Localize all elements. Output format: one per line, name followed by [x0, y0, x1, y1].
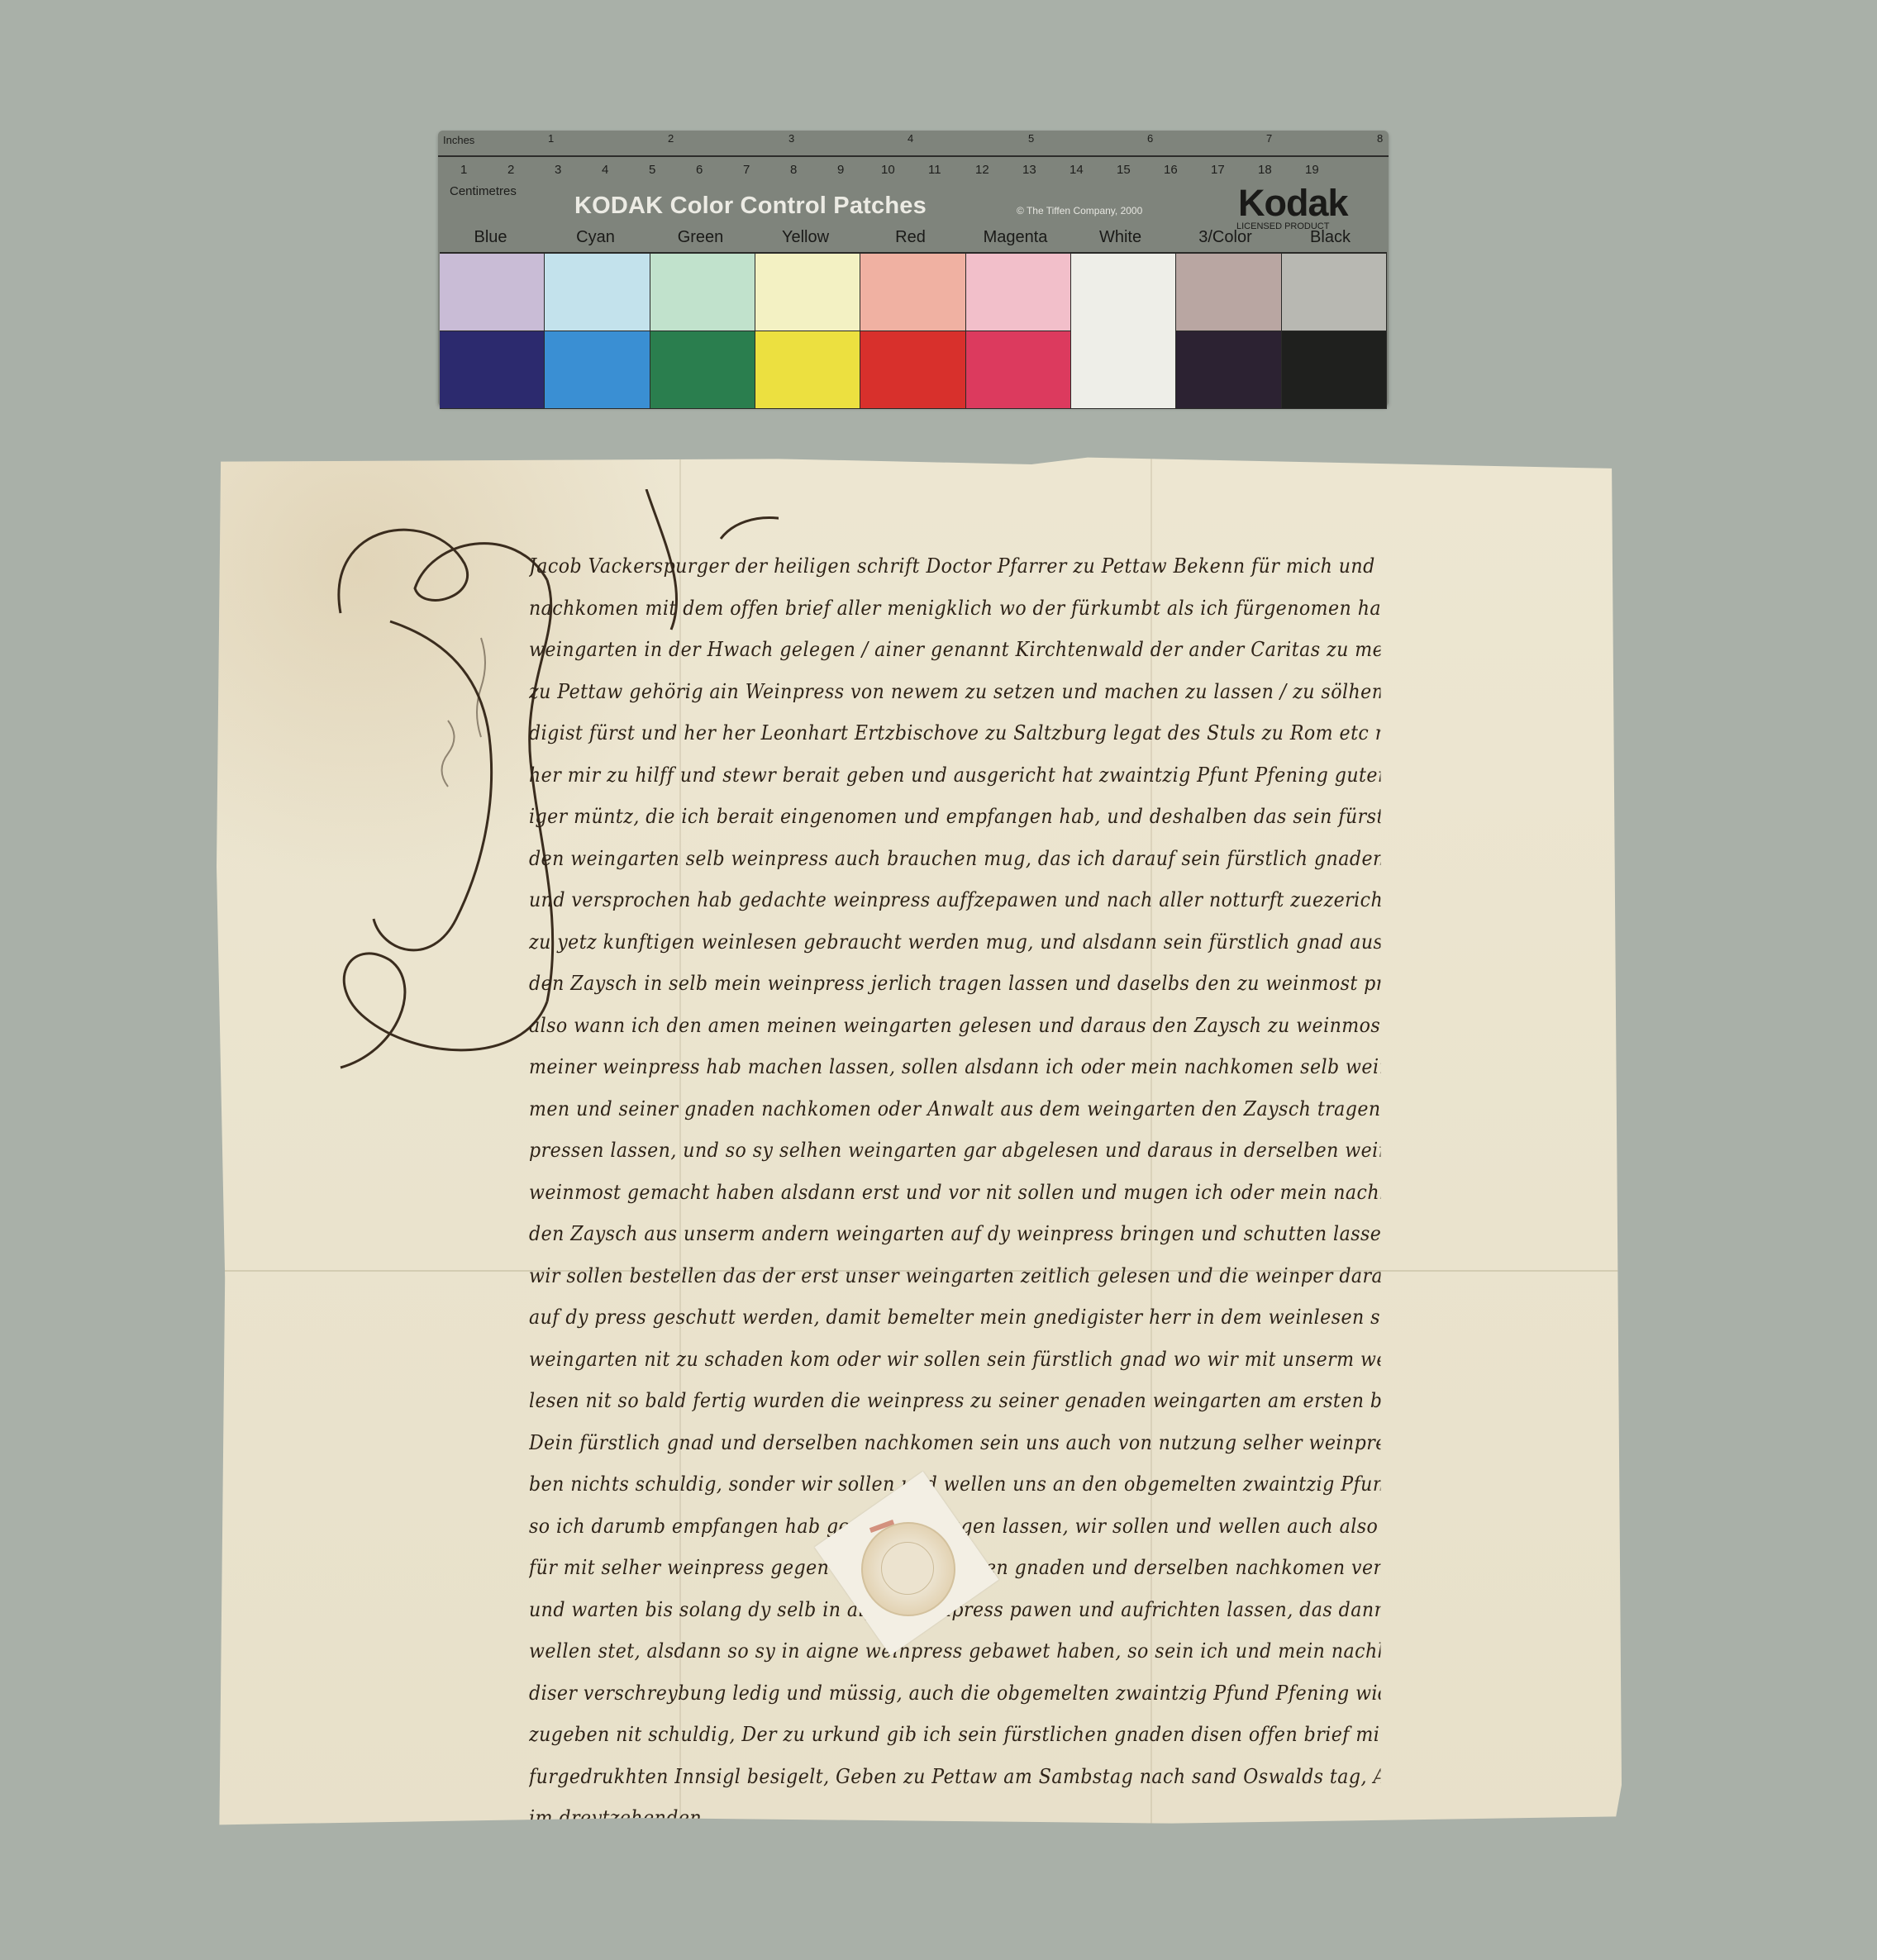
cm-mark: 17 [1211, 163, 1225, 177]
text-line: men und seiner gnaden nachkomen oder Anw… [529, 1088, 1380, 1130]
cm-mark: 5 [649, 163, 655, 177]
cm-mark: 9 [837, 163, 844, 177]
patch-white [1071, 254, 1176, 409]
inch-mark: 4 [908, 132, 913, 145]
patch-label-yellow: Yellow [753, 228, 858, 247]
text-line: zu yetz kunftigen weinlesen gebraucht we… [529, 921, 1380, 963]
cm-mark: 15 [1117, 163, 1131, 177]
kodak-color-strip: Inches 1 2 3 4 5 6 7 8 1 2 3 4 5 6 7 8 9… [438, 131, 1389, 407]
inch-mark: 7 [1266, 132, 1272, 145]
patch-label-black: Black [1278, 228, 1383, 247]
inch-mark: 5 [1028, 132, 1034, 145]
patch-green-light [650, 254, 755, 331]
cm-mark: 11 [928, 163, 941, 177]
text-line: furgedrukhten Innsigl besigelt, Geben zu… [529, 1756, 1380, 1798]
patch-label-blue: Blue [438, 228, 543, 247]
inch-ruler: Inches 1 2 3 4 5 6 7 8 [438, 131, 1389, 157]
cm-mark: 8 [790, 163, 797, 177]
strip-title: KODAK Color Control Patches [574, 193, 927, 220]
copyright-notice: © The Tiffen Company, 2000 [1017, 205, 1142, 216]
patch-label-green: Green [648, 228, 753, 247]
text-line: den Zaysch aus unserm andern weingarten … [529, 1213, 1380, 1255]
patch-label-3color: 3/Color [1173, 228, 1278, 247]
patch-red-dark [860, 331, 965, 409]
cm-mark: 6 [696, 163, 703, 177]
text-line: Dein fürstlich gnad und derselben nachko… [529, 1422, 1380, 1464]
patch-label-cyan: Cyan [543, 228, 648, 247]
text-line: ben nichts schuldig, sonder wir sollen u… [529, 1463, 1380, 1506]
patch-label-white: White [1068, 228, 1173, 247]
cm-mark: 3 [555, 163, 561, 177]
text-line: den Zaysch in selb mein weinpress jerlic… [529, 963, 1380, 1005]
text-line: also wann ich den amen meinen weingarten… [529, 1005, 1380, 1047]
patch-cyan-dark [545, 331, 650, 409]
text-line: pressen lassen, und so sy selhen weingar… [529, 1130, 1380, 1172]
color-patches [440, 252, 1387, 409]
patch-labels: Blue Cyan Green Yellow Red Magenta White… [438, 228, 1389, 251]
inch-mark: 1 [548, 132, 554, 145]
text-line: weingarten nit zu schaden kom oder wir s… [529, 1339, 1380, 1381]
patch-black-dark [1282, 331, 1387, 409]
cm-mark: 1 [460, 163, 467, 177]
patch-blue-light [440, 254, 545, 331]
text-line: zu Pettaw gehörig ain Weinpress von newe… [529, 671, 1380, 713]
inches-label: Inches [443, 134, 474, 146]
patch-red-light [860, 254, 965, 331]
inch-mark: 8 [1377, 132, 1383, 145]
manuscript-text: Jacob Vackerspurger der heiligen schrift… [529, 545, 1455, 1839]
text-line: weinmost gemacht haben alsdann erst und … [529, 1172, 1380, 1214]
patch-label-magenta: Magenta [963, 228, 1068, 247]
text-line: digist fürst und her her Leonhart Ertzbi… [529, 712, 1380, 754]
text-line: im dreytzehenden [529, 1797, 1380, 1839]
cm-mark: 4 [602, 163, 608, 177]
centimetres-label: Centimetres [450, 184, 517, 198]
patch-yellow-dark [755, 331, 860, 409]
text-line: diser verschreybung ledig und müssig, au… [529, 1672, 1380, 1715]
seal-emblem [881, 1542, 934, 1595]
text-line: iger müntz, die ich berait eingenomen un… [529, 796, 1380, 838]
cm-mark: 2 [507, 163, 514, 177]
text-line: wir sollen bestellen das der erst unser … [529, 1255, 1380, 1297]
cm-mark: 19 [1305, 163, 1319, 177]
text-line: wellen stet, alsdann so sy in aigne wein… [529, 1630, 1380, 1672]
text-line: zugeben nit schuldig, Der zu urkund gib … [529, 1714, 1380, 1756]
text-line: und versprochen hab gedachte weinpress a… [529, 879, 1380, 921]
patch-3color-dark [1176, 331, 1281, 409]
cm-mark: 7 [743, 163, 750, 177]
patch-blue-dark [440, 331, 545, 409]
text-line: Jacob Vackerspurger der heiligen schrift… [529, 545, 1380, 588]
patch-cyan-light [545, 254, 650, 331]
manuscript-document: Jacob Vackerspurger der heiligen schrift… [217, 456, 1622, 1826]
text-line: meiner weinpress hab machen lassen, soll… [529, 1046, 1380, 1088]
inch-mark: 3 [788, 132, 794, 145]
text-line: den weingarten selb weinpress auch brauc… [529, 838, 1380, 880]
cm-ruler: 1 2 3 4 5 6 7 8 9 10 11 12 13 14 15 16 1… [438, 156, 1389, 183]
cm-mark: 16 [1164, 163, 1178, 177]
text-line: lesen nit so bald fertig wurden die wein… [529, 1380, 1380, 1422]
text-line: auf dy press geschutt werden, damit beme… [529, 1296, 1380, 1339]
cm-mark: 18 [1258, 163, 1272, 177]
cm-mark: 13 [1022, 163, 1036, 177]
text-line: nachkomen mit dem offen brief aller meni… [529, 588, 1380, 630]
cm-mark: 12 [975, 163, 989, 177]
patch-magenta-dark [966, 331, 1071, 409]
inch-mark: 6 [1147, 132, 1153, 145]
patch-label-red: Red [858, 228, 963, 247]
impressed-seal [861, 1522, 955, 1616]
text-line: weingarten in der Hwach gelegen / ainer … [529, 629, 1380, 671]
patch-magenta-light [966, 254, 1071, 331]
text-line: her mir zu hilff und stewr berait geben … [529, 754, 1380, 797]
patch-3color-light [1176, 254, 1281, 331]
cm-mark: 10 [881, 163, 895, 177]
kodak-logo: Kodak [1238, 182, 1348, 225]
inch-mark: 2 [668, 132, 674, 145]
patch-yellow-light [755, 254, 860, 331]
patch-black-light [1282, 254, 1387, 331]
cm-mark: 14 [1070, 163, 1084, 177]
patch-green-dark [650, 331, 755, 409]
